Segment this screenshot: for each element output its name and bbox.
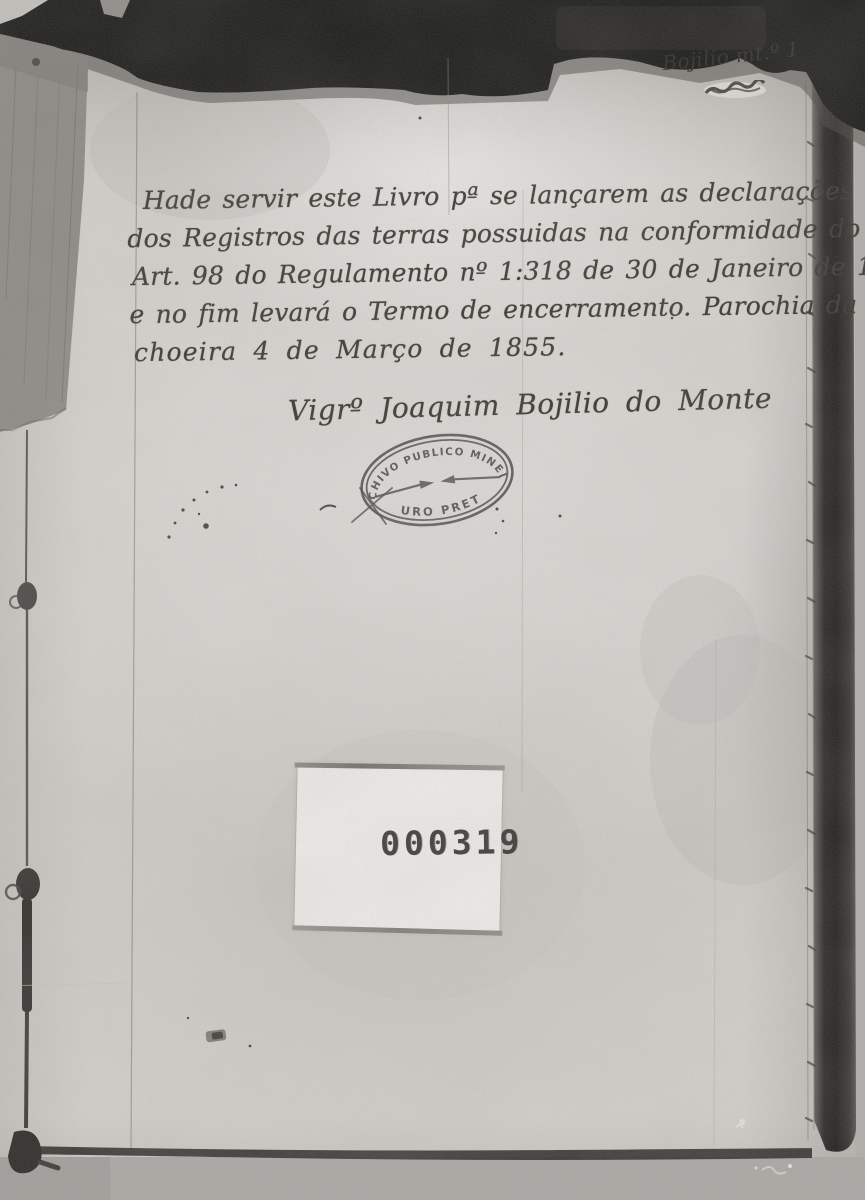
page-bottom-edge — [0, 1119, 865, 1200]
catalog-label: 000319 — [294, 764, 502, 933]
ink-scribble — [702, 80, 768, 100]
handwritten-note: Hade servir este Livro pª se lançarem as… — [127, 176, 865, 376]
archive-stamp: ARCHIVO PUBLICO MINEIRO OURO PRETO — [352, 430, 522, 530]
catalog-number: 000319 — [380, 822, 524, 863]
scanned-book-page: Hade servir este Livro pª se lançarem as… — [0, 0, 865, 1200]
binding-thread — [6, 430, 58, 1173]
binding-cloth-patch — [0, 34, 88, 432]
